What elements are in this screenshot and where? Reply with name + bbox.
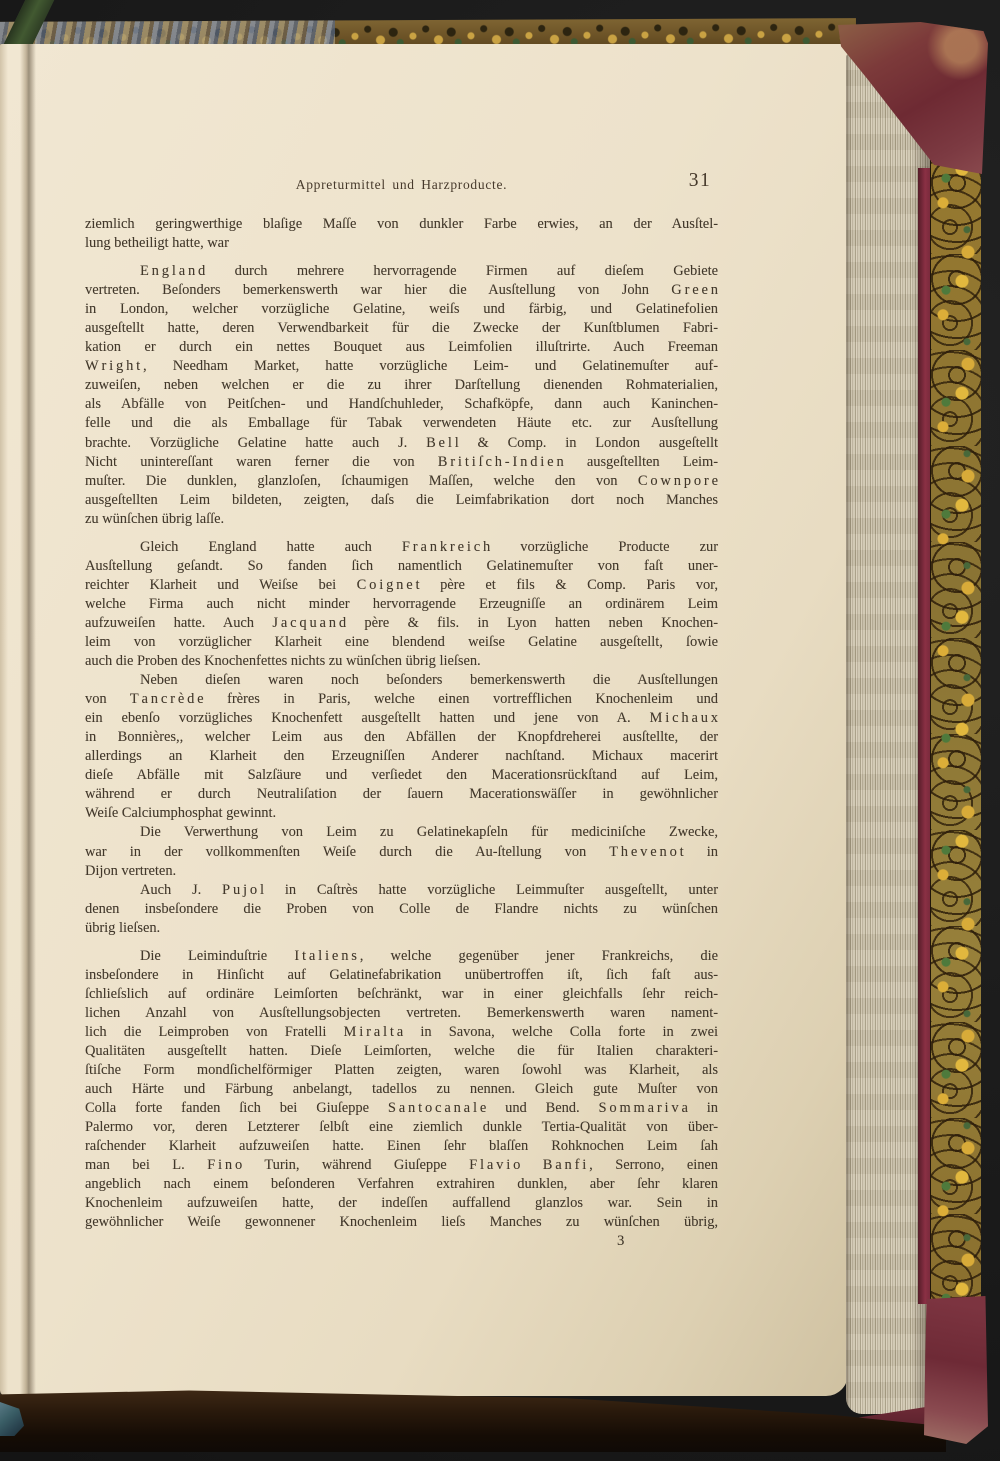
paragraph: E n g l a n d durch mehrere hervorragend… — [85, 262, 718, 529]
text-line: Weiſe Calciumphosphat gewinnt. — [85, 804, 718, 823]
paragraph: Die Verwerthung von Leim zu Gelatinekapſ… — [85, 823, 718, 880]
text-line: leim von vorzüglicher Klarheit eine blen… — [85, 633, 718, 652]
text-line: ſchlieſslich auf ordinäre Leimſorten beſ… — [85, 985, 718, 1004]
text-line: kation er durch ein nettes Bouquet aus L… — [85, 338, 718, 357]
running-title: Appreturmittel und Harzproducte. — [85, 177, 718, 193]
marbled-cover-board — [930, 158, 981, 1304]
text-line: allerdings an Klarheit den Erzeugniſſen … — [85, 747, 718, 766]
paragraph: ziemlich geringwerthige blaſige Maſſe vo… — [85, 215, 718, 253]
paragraph: Gleich England hatte auch F r a n k r e … — [85, 538, 718, 671]
text-line: auch Härte und Färbung anbelangt, tadell… — [85, 1080, 718, 1099]
text-line: Die Leiminduſtrie I t a l i e n s , welc… — [85, 947, 718, 966]
text-line: felle und die als Emballage für Tabak ve… — [85, 414, 718, 433]
text-line: raſchender Klarheit aufzuweiſen hatte. E… — [85, 1137, 718, 1156]
paragraph: Die Leiminduſtrie I t a l i e n s , welc… — [85, 947, 718, 1233]
text-line: war in der vollkommenſten Weiſe durch di… — [85, 843, 718, 862]
text-line: lichen Anzahl von Ausſtellungsobjecten v… — [85, 1004, 718, 1023]
text-line: man bei L. F i n o Turin, während Giuſep… — [85, 1156, 718, 1175]
text-line: zuweiſen, neben welchen er die zu ihrer … — [85, 376, 718, 395]
text-line: ausgeſtellten Leim bildeten, zeigten, da… — [85, 491, 718, 510]
text-line: lich die Leimproben von Fratelli M i r a… — [85, 1023, 718, 1042]
text-line: Ausſtellung geſandt. So fanden ſich name… — [85, 557, 718, 576]
gutter-crease — [20, 44, 36, 1396]
text-line: Dijon vertreten. — [85, 862, 718, 881]
text-line: als Abfälle von Peitſchen- und Handſchuh… — [85, 395, 718, 414]
text-line: ein ebenſo vorzügliches Knochenfett ausg… — [85, 709, 718, 728]
text-line: Die Verwerthung von Leim zu Gelatinekapſ… — [85, 823, 718, 842]
text-line: Nicht unintereſſant waren ferner die von… — [85, 453, 718, 472]
text-line: Neben dieſen waren noch beſonders bemerk… — [85, 671, 718, 690]
text-line: Palermo vor, deren Letzterer ſelbſt eine… — [85, 1118, 718, 1137]
text-line: ſtiſche Form mondſichelförmiger Platten … — [85, 1061, 718, 1080]
text-line: E n g l a n d durch mehrere hervorragend… — [85, 262, 718, 281]
text-line: angeblich nach einem beſonderen Verfahre… — [85, 1175, 718, 1194]
text-line: denen insbeſondere die Proben von Colle … — [85, 900, 718, 919]
text-line: während er durch Neutraliſation der ſaue… — [85, 785, 718, 804]
text-line: von T a n c r è d e frères in Paris, wel… — [85, 690, 718, 709]
text-line: welche Firma auch nicht minder hervorrag… — [85, 595, 718, 614]
paragraph: Neben dieſen waren noch beſonders bemerk… — [85, 671, 718, 823]
paragraph: Auch J. P u j o l in Caſtrès hatte vorzü… — [85, 881, 718, 938]
text-line: Knochenleim aufzuweiſen hatte, der indeſ… — [85, 1194, 718, 1213]
text-line: Gleich England hatte auch F r a n k r e … — [85, 538, 718, 557]
text-line: übrig lieſsen. — [85, 919, 718, 938]
text-line: Colla forte fanden ſich bei Giuſeppe S a… — [85, 1099, 718, 1118]
text-line: brachte. Vorzügliche Gelatine hatte auch… — [85, 434, 718, 453]
text-line: ausgeſtellt hatte, deren Verwendbarkeit … — [85, 319, 718, 338]
signature-mark: 3 — [85, 1232, 718, 1251]
text-line: ziemlich geringwerthige blaſige Maſſe vo… — [85, 215, 718, 234]
leather-corner-bottom — [924, 1296, 988, 1444]
text-line: reichter Klarheit und Weiſse bei C o i g… — [85, 576, 718, 595]
text-line: Qualitäten ausgeſtellt hatten. Dieſe Lei… — [85, 1042, 718, 1061]
text-line: vertreten. Beſonders bemerkenswerth war … — [85, 281, 718, 300]
text-line: dieſe Abfälle mit Salzſäure und verſiede… — [85, 766, 718, 785]
book-photograph: Appreturmittel und Harzproducte. 31 ziem… — [0, 0, 1000, 1461]
text-line: aufzuweiſen hatte. Auch J a c q u a n d … — [85, 614, 718, 633]
text-line: insbeſondere in Hinſicht auf Gelatinefab… — [85, 966, 718, 985]
page-number: 31 — [670, 170, 730, 192]
text-line: muſter. Die dunklen, glanzloſen, ſchaumi… — [85, 472, 718, 491]
text-line: Auch J. P u j o l in Caſtrès hatte vorzü… — [85, 881, 718, 900]
text-line: lung betheiligt hatte, war — [85, 234, 718, 253]
text-line: W r i g h t , Needham Market, hatte vorz… — [85, 357, 718, 376]
text-line: in London, welcher vorzügliche Gelatine,… — [85, 300, 718, 319]
book-bottom-edge — [0, 1388, 946, 1452]
page-left-edge — [0, 44, 8, 1396]
text-line: zu wünſchen übrig laſſe. — [85, 510, 718, 529]
book-page: Appreturmittel und Harzproducte. 31 ziem… — [0, 44, 848, 1396]
text-block: ziemlich geringwerthige blaſige Maſſe vo… — [85, 215, 718, 1251]
text-line: in Bonnières,, welcher Leim aus den Abfä… — [85, 728, 718, 747]
text-line: gewöhnlicher Weiſe gewonnener Knochenlei… — [85, 1213, 718, 1232]
text-line: auch die Proben des Knochenfettes nichts… — [85, 652, 718, 671]
